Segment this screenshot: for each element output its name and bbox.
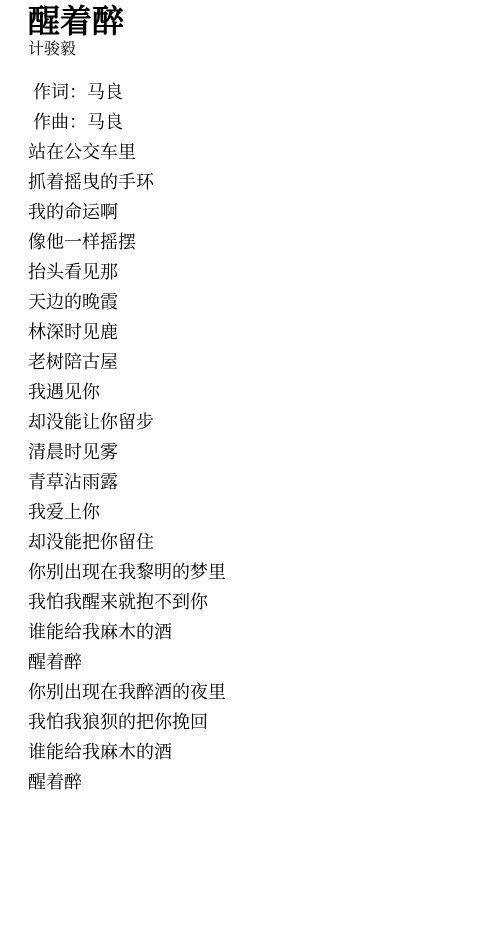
credit-line-composer: 作曲：马良 xyxy=(28,107,480,137)
lyric-line: 醒着醉 xyxy=(28,647,480,677)
lyric-line: 醒着醉 xyxy=(28,767,480,797)
lyric-line: 却没能把你留住 xyxy=(28,527,480,557)
lyric-line: 谁能给我麻木的酒 xyxy=(28,737,480,767)
lyric-line: 林深时见鹿 xyxy=(28,317,480,347)
lyric-line: 我的命运啊 xyxy=(28,197,480,227)
lyric-line: 抓着摇曳的手环 xyxy=(28,167,480,197)
lyric-line: 老树陪古屋 xyxy=(28,347,480,377)
lyric-line: 站在公交车里 xyxy=(28,137,480,167)
song-title: 醒着醉 xyxy=(28,2,480,40)
credit-line-lyricist: 作词：马良 xyxy=(28,77,480,107)
lyric-line: 天边的晚霞 xyxy=(28,287,480,317)
lyric-line: 像他一样摇摆 xyxy=(28,227,480,257)
lyric-line: 我怕我醒来就抱不到你 xyxy=(28,587,480,617)
lyric-line: 我爱上你 xyxy=(28,497,480,527)
lyric-line: 青草沾雨露 xyxy=(28,467,480,497)
lyric-line: 却没能让你留步 xyxy=(28,407,480,437)
lyric-line: 抬头看见那 xyxy=(28,257,480,287)
artist-name: 计骏毅 xyxy=(28,40,480,60)
lyrics-block: 作词：马良 作曲：马良 站在公交车里 抓着摇曳的手环 我的命运啊 像他一样摇摆 … xyxy=(28,77,480,797)
lyric-line: 我遇见你 xyxy=(28,377,480,407)
lyrics-page: 醒着醉 计骏毅 作词：马良 作曲：马良 站在公交车里 抓着摇曳的手环 我的命运啊… xyxy=(0,0,500,940)
lyric-line: 清晨时见雾 xyxy=(28,437,480,467)
lyric-line: 你别出现在我醉酒的夜里 xyxy=(28,677,480,707)
lyric-line: 你别出现在我黎明的梦里 xyxy=(28,557,480,587)
lyric-line: 我怕我狼狈的把你挽回 xyxy=(28,707,480,737)
lyric-line: 谁能给我麻木的酒 xyxy=(28,617,480,647)
